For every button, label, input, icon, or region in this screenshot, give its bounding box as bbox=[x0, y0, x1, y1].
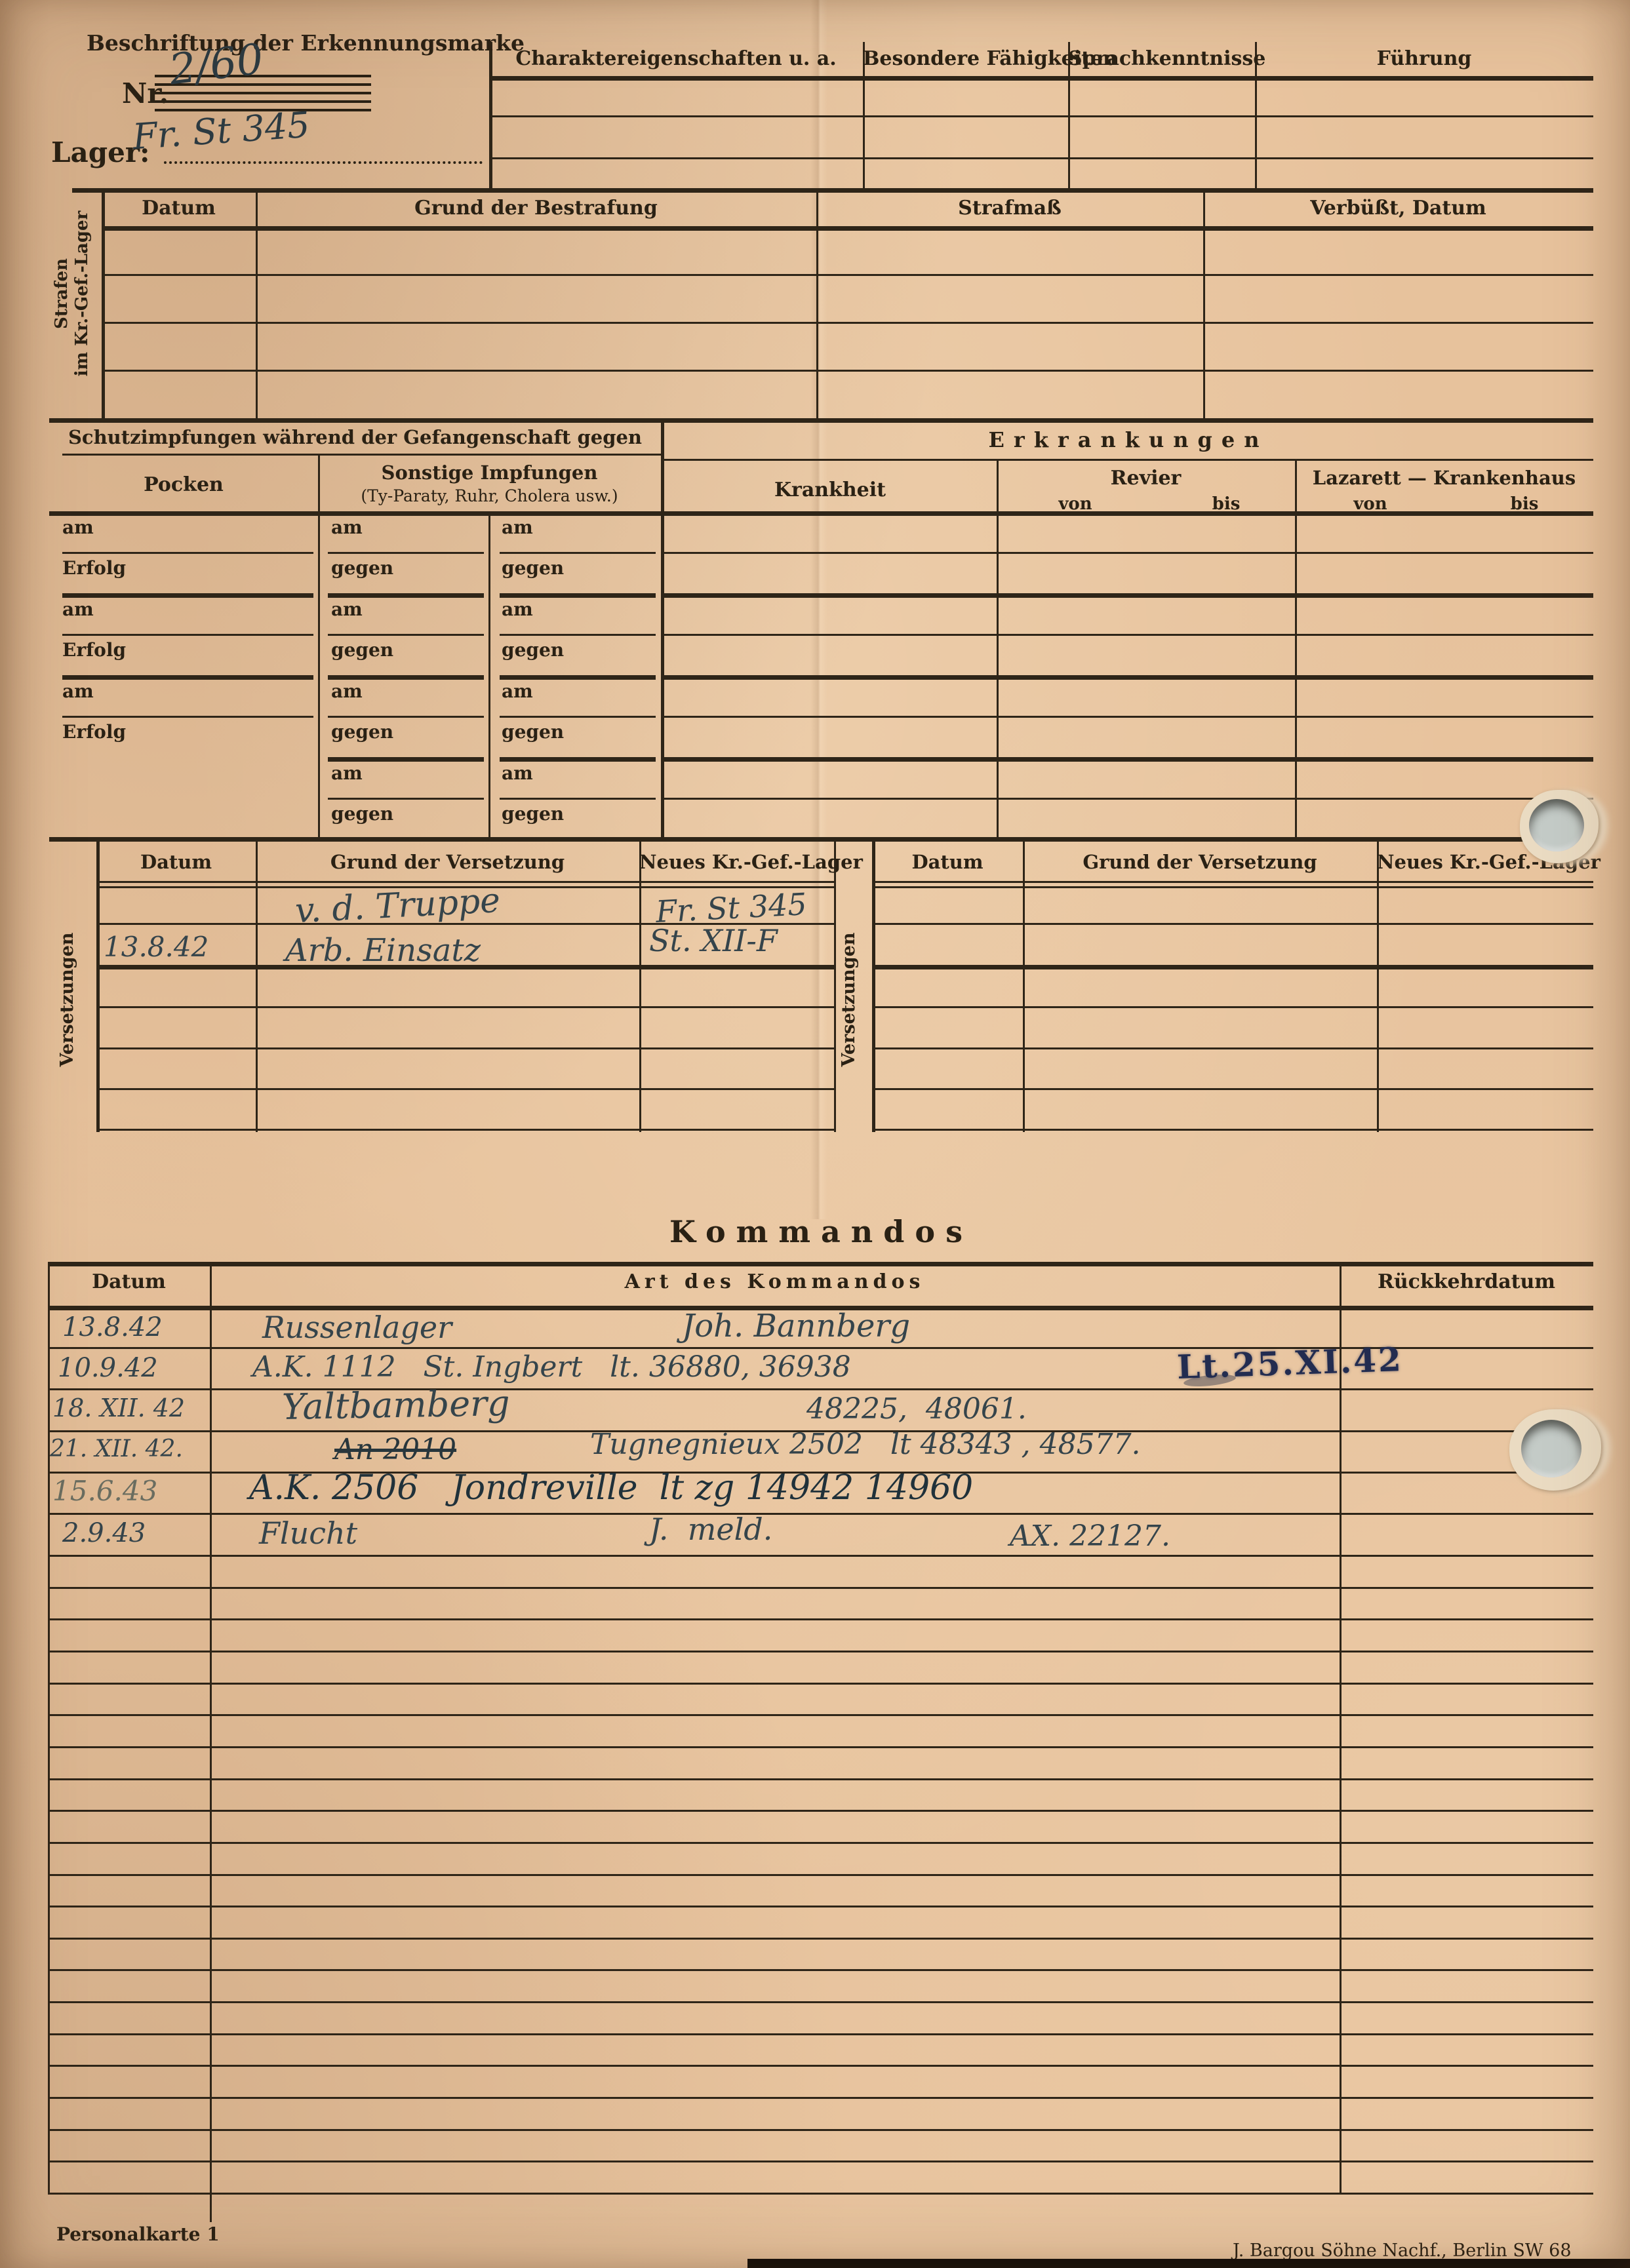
kommandos-sep-datum bbox=[210, 1262, 212, 2222]
pocken-am-2: am bbox=[62, 598, 94, 620]
sonstB-am-4: am bbox=[502, 762, 533, 784]
versetzung-row2-grund: Arb. Einsatz bbox=[285, 932, 481, 969]
kommandos-left-border bbox=[48, 1262, 50, 2195]
kommandos-empty-row-rule bbox=[48, 1906, 1593, 1907]
kommandos-row-rule bbox=[48, 1388, 1593, 1390]
grid-rule bbox=[500, 757, 656, 762]
section-rule-impfungen-top bbox=[49, 418, 1593, 423]
traits-header-fuehrung: Führung bbox=[1255, 47, 1593, 70]
grid-rule bbox=[328, 593, 484, 598]
versetzungen-left-side-label: Versetzungen bbox=[57, 932, 78, 1066]
grid-rule bbox=[62, 675, 313, 680]
sonstB-gegen-2: gegen bbox=[502, 639, 564, 661]
grid-rule bbox=[328, 634, 484, 636]
strafen-header-rule bbox=[102, 226, 1593, 231]
kommando-5-art: A.K. 2506 Jondreville lt zg 14942 14960 bbox=[249, 1468, 973, 1508]
kommandos-empty-row-rule bbox=[48, 2001, 1593, 2003]
kommando-3-art: Yaltbamberg bbox=[281, 1382, 510, 1428]
impfungen-pocken-label: Pocken bbox=[49, 473, 318, 496]
kommando-4-struck-text: An 2010 bbox=[334, 1433, 456, 1466]
strafen-side-line2: im Kr.-Gef.-Lager bbox=[72, 211, 92, 377]
section-rule-strafen-top bbox=[72, 188, 1593, 193]
versetzungen-right-header-datum: Datum bbox=[872, 851, 1023, 873]
traits-header-charakter: Charaktereigenschaften u. a. bbox=[489, 47, 863, 70]
grid-rule bbox=[500, 552, 656, 554]
strafen-side-label: Strafen im Kr.-Gef.-Lager bbox=[52, 211, 92, 377]
versetzungen-row-rule bbox=[872, 1088, 1593, 1090]
sonstA-am-2: am bbox=[331, 598, 363, 620]
strafen-header-datum: Datum bbox=[102, 197, 256, 220]
kommandos-empty-row-rule bbox=[48, 2129, 1593, 2131]
sonstB-am-2: am bbox=[502, 598, 533, 620]
impfungen-sonstige-sublabel: (Ty-Paraty, Ruhr, Cholera usw.) bbox=[318, 486, 661, 505]
strafen-row-rule-2 bbox=[102, 322, 1593, 324]
traits-row-rule-1 bbox=[489, 115, 1593, 117]
versetzungen-row-rule bbox=[872, 1129, 1593, 1131]
grid-rule bbox=[62, 552, 313, 554]
versetzungen-left-header-datum: Datum bbox=[96, 851, 256, 873]
sonstA-gegen-3: gegen bbox=[331, 721, 393, 743]
grid-rule bbox=[664, 675, 1593, 680]
erkrankungen-lazarett-label: Lazarett — Krankenhaus bbox=[1295, 467, 1593, 489]
section-rule-versetzungen-top bbox=[49, 837, 1593, 842]
grid-rule bbox=[664, 634, 1593, 636]
sonstA-am-3: am bbox=[331, 680, 363, 702]
kommandos-empty-row-rule bbox=[48, 1746, 1593, 1748]
erkrankungen-lazarett-bis: bis bbox=[1472, 494, 1577, 514]
versetzungen-row-rule bbox=[872, 965, 1593, 969]
kommando-2-art: A.K. 1112 St. Ingbert lt. 36880, 36938 bbox=[252, 1350, 851, 1384]
kommando-2-datum: 10.9.42 bbox=[58, 1353, 158, 1383]
versetzungen-left-right-border bbox=[834, 841, 836, 1132]
kommando-6-datum: 2.9.43 bbox=[62, 1518, 146, 1548]
strafen-left-border bbox=[102, 188, 105, 420]
grid-rule bbox=[328, 757, 484, 762]
sonstB-am-1: am bbox=[502, 517, 533, 538]
kommandos-header-datum: Datum bbox=[48, 1270, 210, 1293]
pocken-am-3: am bbox=[62, 680, 94, 702]
sonstB-am-3: am bbox=[502, 680, 533, 702]
sonstB-gegen-1: gegen bbox=[502, 557, 564, 579]
punch-hole-bottom bbox=[1509, 1409, 1601, 1491]
versetzungen-row-rule bbox=[96, 1006, 834, 1008]
versetzungen-right-header-rule bbox=[872, 881, 1593, 883]
kommandos-empty-row-rule bbox=[48, 1842, 1593, 1844]
strafen-header-strafmass: Strafmaß bbox=[816, 197, 1203, 220]
versetzungen-row-rule bbox=[96, 1047, 834, 1049]
kommandos-empty-row-rule bbox=[48, 1810, 1593, 1812]
kommandos-sep-rueckkehr bbox=[1340, 1262, 1342, 2195]
kommandos-empty-row-rule bbox=[48, 1683, 1593, 1685]
kommando-3-art2: 48225, 48061. bbox=[806, 1392, 1027, 1426]
grid-rule bbox=[62, 593, 313, 598]
erkrankungen-title: Erkrankungen bbox=[664, 427, 1593, 452]
impfungen-title-rule bbox=[62, 454, 661, 456]
grid-rule bbox=[62, 716, 313, 718]
sonstA-am-4: am bbox=[331, 762, 363, 784]
versetzung-row2-datum: 13.8.42 bbox=[104, 931, 209, 963]
versetzungen-left-header-grund: Grund der Versetzung bbox=[256, 851, 639, 873]
impfungen-title: Schutzimpfungen während der Gefangenscha… bbox=[49, 426, 661, 448]
versetzungen-row-rule bbox=[96, 1088, 834, 1090]
grid-rule bbox=[664, 716, 1593, 718]
punch-hole-top bbox=[1520, 790, 1599, 863]
kommando-2-return-stamp: Lt.25.XI.42 bbox=[1176, 1340, 1404, 1386]
erkrankungen-krankheit-label: Krankheit bbox=[664, 479, 997, 501]
versetzungen-right-header-grund: Grund der Versetzung bbox=[1023, 851, 1377, 873]
pocken-erfolg-3: Erfolg bbox=[62, 721, 126, 743]
kommandos-empty-row-rule bbox=[48, 1651, 1593, 1652]
pocken-erfolg-1: Erfolg bbox=[62, 557, 126, 579]
sonstA-gegen-1: gegen bbox=[331, 557, 393, 579]
kommandos-empty-row-rule bbox=[48, 1778, 1593, 1780]
strafen-sep-grund bbox=[816, 188, 818, 420]
grid-rule bbox=[500, 675, 656, 680]
paper-crease bbox=[810, 0, 827, 1219]
strafen-row-rule-3 bbox=[102, 370, 1593, 372]
punch-hole-opening bbox=[1529, 799, 1584, 851]
grid-rule bbox=[664, 593, 1593, 598]
kommando-1-art2: Joh. Bannberg bbox=[682, 1308, 910, 1344]
footer-form-name: Personalkarte 1 bbox=[56, 2223, 220, 2245]
kommandos-empty-row-rule bbox=[48, 1874, 1593, 1876]
grid-rule bbox=[500, 716, 656, 718]
versetzungen-row-rule bbox=[872, 923, 1593, 925]
erkrankungen-revier-bis: bis bbox=[1174, 494, 1279, 514]
footer-printer-imprint: J. Bargou Söhne Nachf., Berlin SW 68 bbox=[1233, 2240, 1572, 2261]
strafen-row-rule-1 bbox=[102, 274, 1593, 276]
kommandos-empty-row-rule bbox=[48, 1969, 1593, 1971]
strafen-sep-datum bbox=[256, 188, 258, 420]
impfungen-sonstige-label: Sonstige Impfungen bbox=[318, 461, 661, 484]
grid-rule bbox=[328, 798, 484, 800]
kommandos-empty-row-rule bbox=[48, 2065, 1593, 2067]
grid-rule bbox=[328, 675, 484, 680]
versetzungen-row-rule bbox=[96, 1129, 834, 1131]
grid-rule bbox=[62, 634, 313, 636]
kommandos-empty-row-rule bbox=[48, 1938, 1593, 1940]
kommandos-top-rule bbox=[48, 1262, 1593, 1266]
versetzungen-row-rule bbox=[872, 1006, 1593, 1008]
versetzungen-left-header-neues: Neues Kr.-Gef.-Lager bbox=[639, 851, 834, 873]
kommandos-header-art: Art des Kommandos bbox=[210, 1270, 1340, 1293]
kommando-6-art3: AX. 22127. bbox=[1010, 1519, 1170, 1553]
kommandos-empty-row-rule bbox=[48, 2160, 1593, 2162]
grid-rule bbox=[664, 798, 1593, 800]
sonstA-gegen-2: gegen bbox=[331, 639, 393, 661]
kommando-5-datum: 15.6.43 bbox=[52, 1475, 157, 1507]
traits-header-faehigkeiten: Besondere Fähigkeiten bbox=[863, 47, 1068, 70]
pocken-am-1: am bbox=[62, 517, 94, 538]
strafen-header-verbuesst: Verbüßt, Datum bbox=[1203, 197, 1593, 220]
scan-edge-bar bbox=[747, 2259, 1630, 2268]
traits-header-rule bbox=[489, 76, 1593, 81]
kommando-3-datum: 18. XII. 42 bbox=[52, 1394, 185, 1422]
kommando-4-art: Tugnegnieux 2502 lt 48343 , 48577. bbox=[590, 1428, 1141, 1461]
erkrankungen-revier-label: Revier bbox=[997, 467, 1295, 490]
grid-rule bbox=[328, 552, 484, 554]
idmark-title: Beschriftung der Erkennungsmarke bbox=[87, 30, 525, 56]
idmark-nr-label: Nr. bbox=[122, 77, 169, 109]
kommandos-empty-row-rule bbox=[48, 1618, 1593, 1620]
punch-hole-opening bbox=[1521, 1420, 1581, 1477]
sonstB-gegen-3: gegen bbox=[502, 721, 564, 743]
strafen-header-grund: Grund der Bestrafung bbox=[256, 197, 816, 220]
kommandos-empty-row-rule bbox=[48, 2193, 1593, 2195]
sonstB-gegen-4: gegen bbox=[502, 803, 564, 825]
kommando-4-datum: 21. XII. 42. bbox=[50, 1436, 183, 1462]
grid-rule bbox=[500, 593, 656, 598]
erkrankungen-revier-von: von bbox=[1023, 494, 1128, 514]
kommando-1-art: Russenlager bbox=[262, 1310, 452, 1345]
kommando-6-art: Flucht bbox=[259, 1515, 357, 1551]
traits-header-sprachen: Sprachkenntnisse bbox=[1068, 47, 1255, 70]
pocken-erfolg-2: Erfolg bbox=[62, 639, 126, 661]
personalkarte-back-scan: Beschriftung der Erkennungsmarke Nr. 2/6… bbox=[0, 0, 1630, 2268]
kommandos-empty-row-rule bbox=[48, 1587, 1593, 1589]
impfungen-sep-sonstige bbox=[488, 511, 490, 837]
kommandos-row-rule bbox=[48, 1513, 1593, 1515]
kommandos-header-rueckkehr: Rückkehrdatum bbox=[1340, 1270, 1593, 1293]
kommandos-empty-row-rule bbox=[48, 1714, 1593, 1716]
versetzungen-right-side-label: Versetzungen bbox=[839, 932, 860, 1066]
grid-rule bbox=[328, 716, 484, 718]
grid-rule bbox=[500, 798, 656, 800]
kommandos-title: Kommandos bbox=[49, 1214, 1593, 1249]
kommando-1-datum: 13.8.42 bbox=[62, 1312, 163, 1342]
sonstA-am-1: am bbox=[331, 517, 363, 538]
sonstA-gegen-4: gegen bbox=[331, 803, 393, 825]
versetzungen-row-rule bbox=[872, 1047, 1593, 1049]
versetzung-row2-neues: St. XII-F bbox=[649, 923, 778, 958]
traits-row-rule-2 bbox=[489, 157, 1593, 159]
kommandos-empty-row-rule bbox=[48, 2033, 1593, 2035]
versetzungen-right-header-rule2 bbox=[872, 886, 1593, 888]
grid-rule bbox=[664, 552, 1593, 554]
strafen-sep-strafmass bbox=[1203, 188, 1205, 420]
grid-rule bbox=[500, 634, 656, 636]
erkrankungen-title-rule bbox=[664, 459, 1593, 461]
strafen-side-line1: Strafen bbox=[52, 211, 72, 377]
kommandos-empty-row-rule bbox=[48, 2097, 1593, 2099]
kommandos-row-rule bbox=[48, 1555, 1593, 1557]
kommando-6-art2: J. meld. bbox=[649, 1512, 772, 1547]
erkrankungen-lazarett-von: von bbox=[1318, 494, 1423, 514]
grid-rule bbox=[664, 757, 1593, 762]
